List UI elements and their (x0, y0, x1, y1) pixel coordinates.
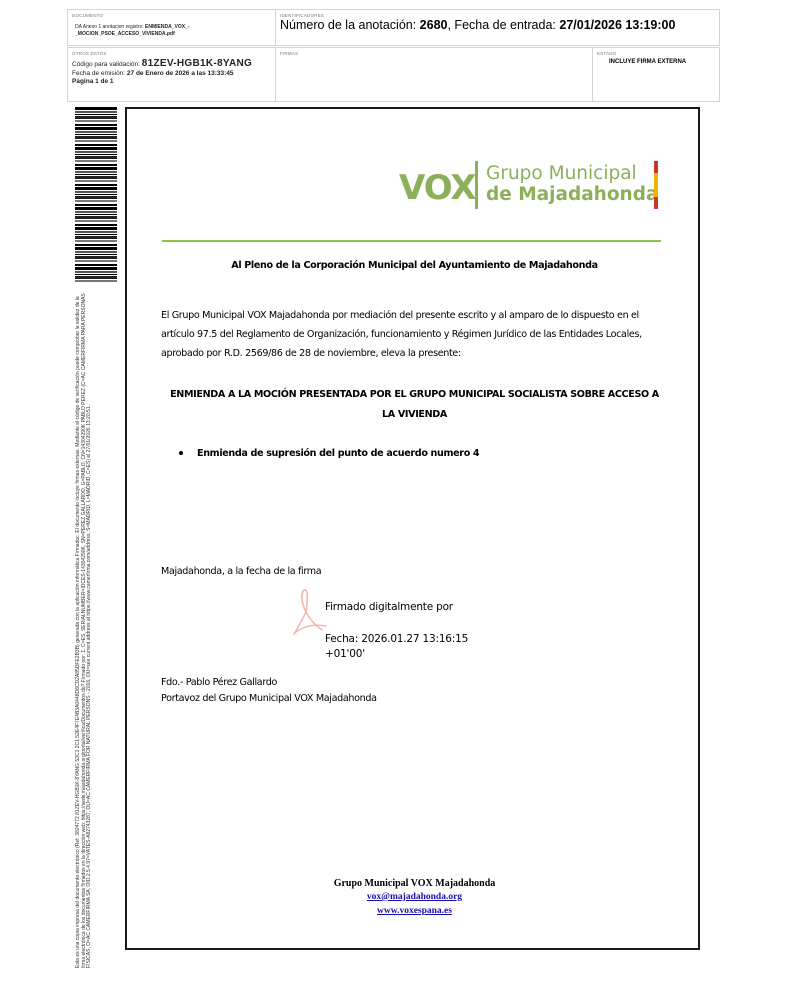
stamp-otros-datos: Código para validación: 81ZEV-HGB1K-8YAN… (72, 60, 252, 87)
signature-date: Fecha: 2026.01.27 13:16:15 +01'00' (325, 632, 525, 662)
signer-block: Fdo.- Pablo Pérez Gallardo Portavoz del … (161, 675, 377, 707)
barcode (75, 107, 117, 283)
footer-email-link[interactable]: vox@majadahonda.org (367, 892, 462, 902)
green-divider (162, 240, 661, 242)
stamp-estado-value: INCLUYE FIRMA EXTERNA (609, 59, 686, 65)
stamp-otros-datos-cell: OTROS DATOS Código para validación: 81ZE… (67, 47, 276, 102)
footer-web-link[interactable]: www.voxespana.es (377, 906, 452, 916)
signature-line-1: Firmado digitalmente por (325, 601, 453, 613)
stamp-documento-cell: DOCUMENTO DA Anexo 1 anotacion registro:… (67, 9, 276, 46)
stamp-otros-datos-label: OTROS DATOS (72, 51, 107, 56)
stamp-annotation-info: Número de la anotación: 2680, Fecha de e… (280, 18, 700, 32)
letter-footer: Grupo Municipal VOX Majadahonda vox@maja… (127, 877, 702, 918)
letter-intro: El Grupo Municipal VOX Majadahonda por m… (161, 306, 671, 363)
stamp-estado-cell: ESTADO INCLUYE FIRMA EXTERNA (592, 47, 720, 102)
stamp-estado-label: ESTADO (597, 51, 616, 56)
stamp-firmas-label: FIRMAS (280, 51, 298, 56)
place-date: Majadahonda, a la fecha de la firma (161, 566, 321, 577)
letter-title: ENMIENDA A LA MOCIÓN PRESENTADA POR EL G… (167, 385, 662, 425)
stamp-firmas-cell: FIRMAS (275, 47, 593, 102)
logo-mark: VOX (399, 168, 476, 208)
validation-code: 81ZEV-HGB1K-8YANG (142, 58, 252, 69)
verification-side-text: Esta es una copia impresa del documento … (76, 288, 93, 968)
amendment-item: Enmienda de supresión del punto de acuer… (197, 448, 479, 459)
issue-date-row: Fecha de emisión: 27 de Enero de 2026 a … (72, 70, 252, 79)
signer-role: Portavoz del Grupo Municipal VOX Majadah… (161, 691, 377, 707)
spain-flag-icon (654, 161, 658, 209)
letter-addressee: Al Pleno de la Corporación Municipal del… (127, 260, 702, 271)
logo-line-2: de Majadahonda (486, 184, 658, 205)
stamp-documento-label: DOCUMENTO (72, 13, 103, 18)
document-page: VOX Grupo Municipal de Majadahonda Al Pl… (125, 107, 700, 950)
stamp-identificadores-cell: IDENTIFICADORES Número de la anotación: … (275, 9, 720, 46)
logo-line-1: Grupo Municipal (486, 163, 637, 184)
page-count: Página 1 de 1 (72, 78, 252, 87)
signer-name: Fdo.- Pablo Pérez Gallardo (161, 675, 377, 691)
adobe-signature-icon (290, 586, 330, 638)
footer-name: Grupo Municipal VOX Majadahonda (127, 877, 702, 890)
stamp-document-name: DA Anexo 1 anotacion registro: ENMIENDA_… (75, 24, 265, 38)
validation-code-row: Código para validación: 81ZEV-HGB1K-8YAN… (72, 60, 252, 70)
logo-separator (475, 161, 478, 209)
vox-logo: VOX Grupo Municipal de Majadahonda (399, 159, 699, 215)
bullet-icon (179, 451, 183, 455)
